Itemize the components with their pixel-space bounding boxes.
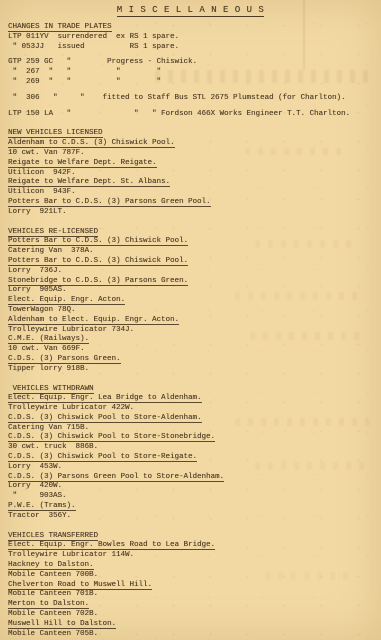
entry-line: 10 cwt. Van 787F. [8, 149, 381, 159]
route-line: C.M.E. (Railways). [8, 335, 381, 345]
entry-line: " 903AS. [8, 492, 381, 502]
scanned-document-page: M I S C E L L A N E O U S CHANGES IN TRA… [0, 0, 381, 640]
section-heading: VEHICLES TRANSFERRED [8, 532, 381, 542]
entry-line: Trolleywire Lubricator 734J. [8, 326, 381, 336]
section-new-vehicles-licensed: NEW VEHICLES LICENSEDAldenham to C.D.S. … [8, 129, 381, 217]
route-line: C.D.S. (3) Chiswick Pool to Store-Stoneb… [8, 433, 381, 443]
route-line: Elect. Equip. Engr. Lea Bridge to Aldenh… [8, 394, 381, 404]
entry-line: TowerWagon 78Q. [8, 306, 381, 316]
entry-line: LTP 011YV surrendered ex RS 1 spare. [8, 33, 381, 43]
route-line: Reigate to Welfare Dept. Reigate. [8, 159, 381, 169]
entry-line: " 269 " " " " [8, 78, 381, 88]
entry-line: Trolleywire Lubricator 422W. [8, 404, 381, 414]
route-line: Elect. Equip. Engr. Bowles Road to Lea B… [8, 541, 381, 551]
entry-line: Tractor 356Y. [8, 512, 381, 522]
entry-line: Mobile Canteen 701B. [8, 590, 381, 600]
section-heading: CHANGES IN TRADE PLATES [8, 23, 381, 33]
page-title-text: M I S C E L L A N E O U S [117, 5, 265, 17]
section-heading: NEW VEHICLES LICENSED [8, 129, 381, 139]
entry-line: " 306 " " fitted to Staff Bus STL 2675 P… [8, 94, 381, 104]
section-vehicles-withdrawn: VEHICLES WITHDRAWNElect. Equip. Engr. Le… [8, 385, 381, 522]
page-title: M I S C E L L A N E O U S [8, 4, 373, 17]
entry-line: LTP 150 LA " " " Fordson 466X Works Engi… [8, 110, 381, 120]
document-sections: CHANGES IN TRADE PLATESLTP 011YV surrend… [8, 23, 381, 639]
entry-line: Tipper lorry 918B. [8, 365, 381, 375]
entry-line: Lorry 420W. [8, 482, 381, 492]
entry-line: Trolleywire Lubricator 114W. [8, 551, 381, 561]
entry-line: Lorry 736J. [8, 267, 381, 277]
entry-line: Catering Van 715B. [8, 424, 381, 434]
route-line: Elect. Equip. Engr. Acton. [8, 296, 381, 306]
entry-line: Mobile Canteen 702B. [8, 610, 381, 620]
route-line: Reigate to Welfare Dept. St. Albans. [8, 178, 381, 188]
entry-line: " 053JJ issued RS 1 spare. [8, 43, 381, 53]
entry-line: GTP 259 GC " Progress - Chiswick. [8, 58, 381, 68]
entry-line: Lorry 905AS. [8, 286, 381, 296]
route-line: C.D.S. (3) Chiswick Pool to Store-Aldenh… [8, 414, 381, 424]
entry-line: Mobile Canteen 700B. [8, 571, 381, 581]
entry-line: Lorry 453W. [8, 463, 381, 473]
entry-line: Catering Van 378A. [8, 247, 381, 257]
route-line: C.D.S. (3) Parsons Green. [8, 355, 381, 365]
entry-line: 10 cwt. Van 669F. [8, 345, 381, 355]
route-line: C.D.S. (3) Parsons Green Pool to Store-A… [8, 473, 381, 483]
entry-line: " 267 " " " " [8, 68, 381, 78]
route-line: Stonebridge to C.D.S. (3) Parsons Green. [8, 277, 381, 287]
entry-line: Mobile Canteen 705B. [8, 630, 381, 640]
route-line: P.W.E. (Trams). [8, 502, 381, 512]
route-line: Potters Bar to C.D.S. (3) Chiswick Pool. [8, 257, 381, 267]
section-heading: VEHICLES WITHDRAWN [8, 385, 381, 395]
route-line: Hackney to Dalston. [8, 561, 381, 571]
section-changes-in-trade-plates: CHANGES IN TRADE PLATESLTP 011YV surrend… [8, 23, 381, 119]
entry-line: Utilicon 943F. [8, 188, 381, 198]
section-vehicles-transferred: VEHICLES TRANSFERREDElect. Equip. Engr. … [8, 532, 381, 640]
route-line: Aldenham to Elect. Equip. Engr. Acton. [8, 316, 381, 326]
route-line: Muswell Hill to Dalston. [8, 620, 381, 630]
entry-line: Lorry 921LT. [8, 208, 381, 218]
entry-line: 30 cwt. truck 886B. [8, 443, 381, 453]
route-line: Potters Bar to C.D.S. (3) Parsons Green … [8, 198, 381, 208]
route-line: C.D.S. (3) Chiswick Pool to Store-Reigat… [8, 453, 381, 463]
route-line: Aldenham to C.D.S. (3) Chiswick Pool. [8, 139, 381, 149]
route-line: Merton to Dalston. [8, 600, 381, 610]
section-vehicles-re-licensed: VEHICLES RE-LICENSEDPotters Bar to C.D.S… [8, 228, 381, 375]
section-heading: VEHICLES RE-LICENSED [8, 228, 381, 238]
route-line: Potters Bar to C.D.S. (3) Chiswick Pool. [8, 237, 381, 247]
entry-line: Utilicon 942F. [8, 169, 381, 179]
route-line: Chelverton Road to Muswell Hill. [8, 581, 381, 591]
